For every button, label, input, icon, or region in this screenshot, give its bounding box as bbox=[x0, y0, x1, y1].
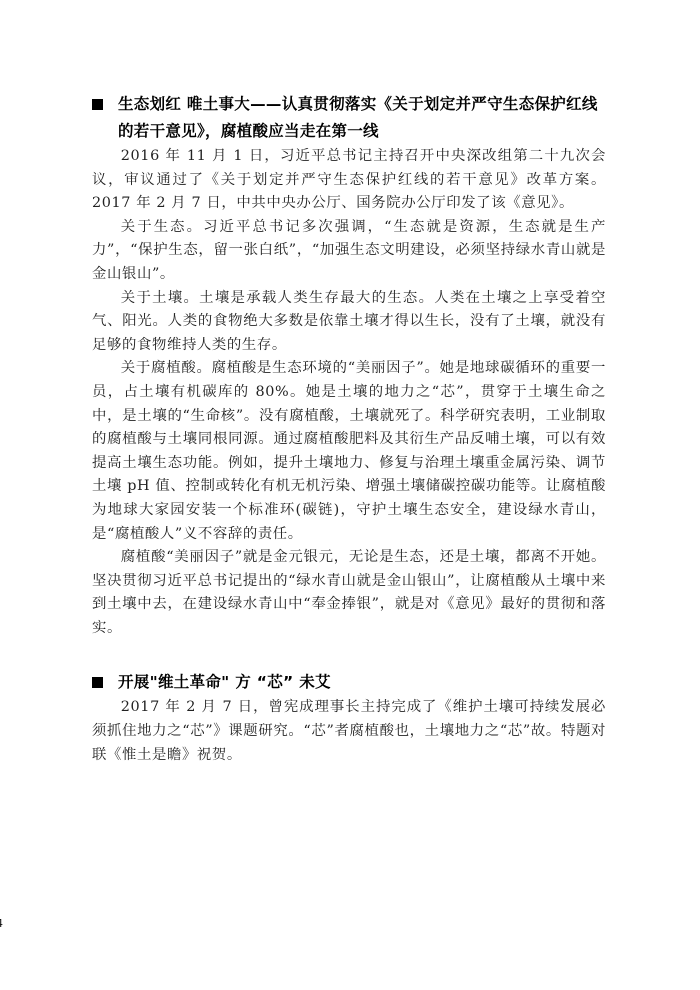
section-heading-text: 生态划红 唯土事大——认真贯彻落实《关于划定并严守生态保护红线的若干意见》，腐植… bbox=[118, 95, 598, 140]
paragraph-beauty-factor: 腐植酸“美丽因子”就是金元银元，无论是生态，还是土壤，都离不开她。坚决贯彻习近平… bbox=[92, 546, 606, 640]
section-ecology-red-line: 生态划红 唯土事大——认真贯彻落实《关于划定并严守生态保护红线的若干意见》，腐植… bbox=[92, 91, 606, 640]
section-heading: 开展"维土革命" 方 “芯” 未艾 bbox=[92, 669, 606, 696]
paragraph-meeting: 2016 年 11 月 1 日，习近平总书记主持召开中央深改组第二十九次会议，审… bbox=[92, 145, 606, 216]
paragraph-humic-acid: 关于腐植酸。腐植酸是生态环境的“美丽因子”。她是地球碳循环的重要一员，占土壤有机… bbox=[92, 357, 606, 546]
paragraph-research: 2017 年 2 月 7 日，曾宪成理事长主持完成了《维护土壤可持续发展必须抓住… bbox=[92, 696, 606, 767]
square-bullet-icon bbox=[92, 677, 103, 688]
page-number: 4 bbox=[0, 917, 3, 930]
section-heading: 生态划红 唯土事大——认真贯彻落实《关于划定并严守生态保护红线的若干意见》，腐植… bbox=[92, 91, 606, 145]
section-soil-revolution: 开展"维土革命" 方 “芯” 未艾 2017 年 2 月 7 日，曾宪成理事长主… bbox=[92, 669, 606, 767]
paragraph-ecology: 关于生态。习近平总书记多次强调，“生态就是资源，生态就是生产力”，“保护生态，留… bbox=[92, 216, 606, 287]
section-heading-text: 开展"维土革命" 方 “芯” 未艾 bbox=[118, 673, 331, 691]
document-page: 生态划红 唯土事大——认真贯彻落实《关于划定并严守生态保护红线的若干意见》，腐植… bbox=[92, 91, 606, 767]
paragraph-soil: 关于土壤。土壤是承载人类生存最大的生态。人类在土壤之上享受着空气、阳光。人类的食… bbox=[92, 287, 606, 358]
square-bullet-icon bbox=[92, 99, 103, 110]
